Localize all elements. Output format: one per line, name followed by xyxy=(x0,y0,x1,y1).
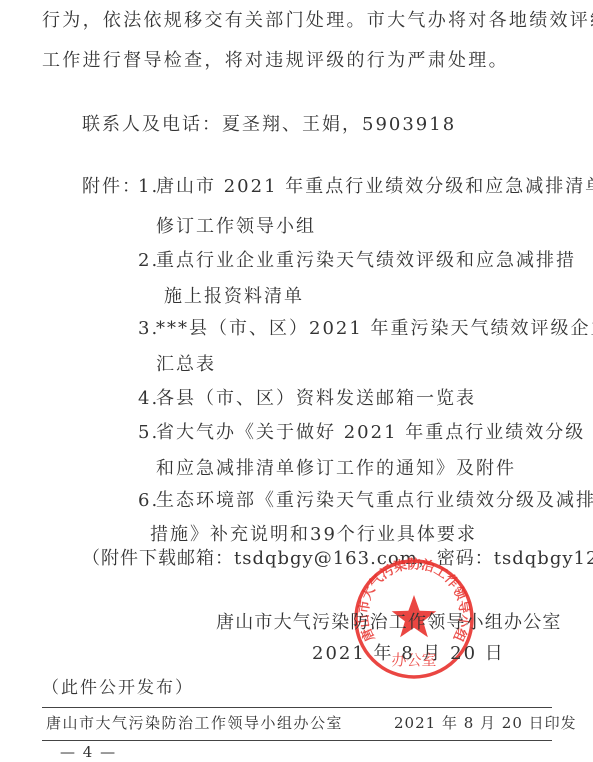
attachment-title-line1: 省大气办《关于做好 2021 年重点行业绩效分级 xyxy=(156,422,585,444)
publish-note: （此件公开发布） xyxy=(42,677,194,699)
attachment-title-line2: 施上报资料清单 xyxy=(164,286,304,308)
attachment-title-line2: 修订工作领导小组 xyxy=(156,216,316,238)
contact-line: 联系人及电话：夏圣翔、王娟，5903918 xyxy=(82,114,456,136)
attachment-download-note: （附件下载邮箱：tsdqbgy@163.com，密码：tsdqbgy123）。 xyxy=(82,548,593,570)
body-paragraph-line-2: 工作进行督导检查，将对违规评级的行为严肃处理。 xyxy=(42,50,509,72)
attachment-title-line1: 生态环境部《重污染天气重点行业绩效分级及减排 xyxy=(156,490,593,512)
issue-date: 2021 年 8 月 20 日印发 xyxy=(394,714,577,732)
page-number: — 4 — xyxy=(60,743,117,761)
attachment-title-line2: 和应急减排清单修订工作的通知》及附件 xyxy=(156,458,516,480)
body-paragraph-line-1: 行为，依法依规移交有关部门处理。市大气办将对各地绩效评级 xyxy=(42,10,593,32)
signature-organization: 唐山市大气污染防治工作领导小组办公室 xyxy=(216,612,562,634)
attachments-label: 附件： xyxy=(82,176,142,198)
attachment-title-line2: 措施》补充说明和39个行业具体要求 xyxy=(150,524,477,546)
attachment-title-line1: 重点行业企业重污染天气绩效评级和应急减排措 xyxy=(156,250,576,272)
issuer-name: 唐山市大气污染防治工作领导小组办公室 xyxy=(46,714,343,732)
attachment-title-line2: 汇总表 xyxy=(156,354,216,376)
attachment-title-line1: ***县（市、区）2021 年重污染天气绩效评级企业 xyxy=(156,318,593,340)
footer-bottom-rule xyxy=(42,740,552,741)
footer-top-rule xyxy=(42,707,552,708)
attachment-title-line1: 各县（市、区）资料发送邮箱一览表 xyxy=(156,388,476,410)
attachment-title-line1: 唐山市 2021 年重点行业绩效分级和应急减排清单 xyxy=(156,176,593,198)
signature-date: 2021 年 8 月 20 日 xyxy=(312,643,505,665)
